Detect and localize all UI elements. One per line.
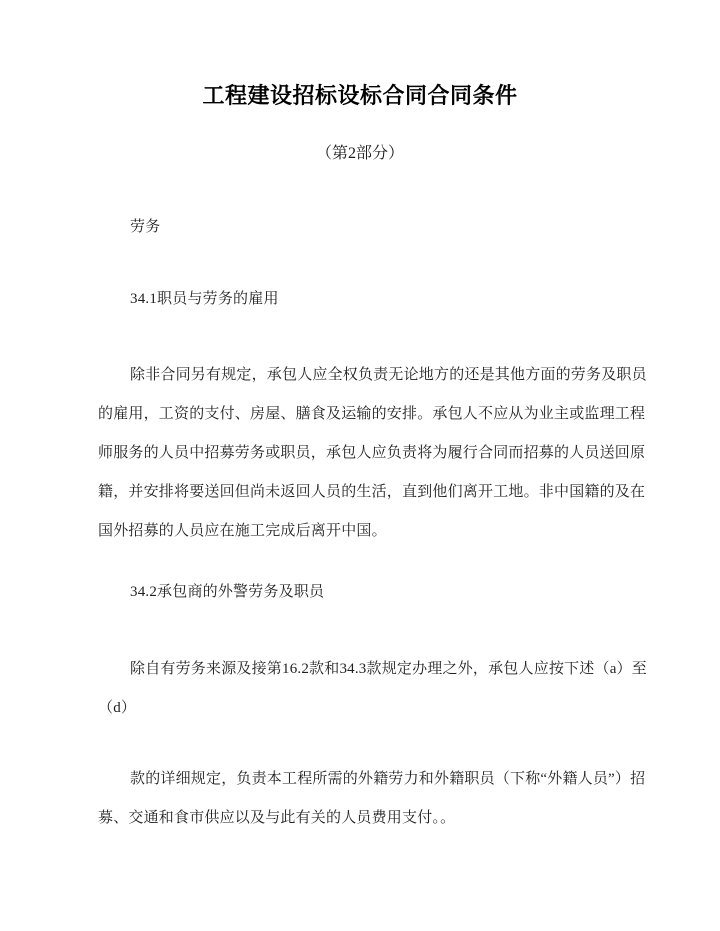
text-line: 师服务的人员中招募劳务或职员，承包人应负责将为履行合同而招募的人员送回原 <box>98 434 632 473</box>
text-line: 除非合同另有规定，承包人应全权负责无论地方的还是其他方面的劳务及职员 <box>98 356 632 395</box>
paragraph-1: 除非合同另有规定，承包人应全权负责无论地方的还是其他方面的劳务及职员 的雇用，工… <box>98 356 632 551</box>
text-line: 的雇用，工资的支付、房屋、膳食及运输的安排。承包人不应从为业主或监理工程 <box>98 395 632 434</box>
heading-34-1: 34.1职员与劳务的雇用 <box>130 280 632 319</box>
document-subtitle: （第2部分） <box>0 142 720 166</box>
document-page: 工程建设招标设标合同合同条件 （第2部分） 劳务 34.1职员与劳务的雇用 除非… <box>0 0 720 931</box>
section-label: 劳务 <box>130 208 632 247</box>
paragraph-2: 除自有劳务来源及接第16.2款和34.3款规定办理之外，承包人应按下述（a）至 … <box>98 650 632 728</box>
text-line: 籍，并安排将要送回但尚未返回人员的生活，直到他们离开工地。非中国籍的及在 <box>98 473 632 512</box>
text-line: 除自有劳务来源及接第16.2款和34.3款规定办理之外，承包人应按下述（a）至 <box>98 650 632 689</box>
text-line: （d） <box>98 689 632 728</box>
text-line: 国外招募的人员应在施工完成后离开中国。 <box>98 512 632 551</box>
document-title: 工程建设招标设标合同合同条件 <box>0 82 720 110</box>
heading-34-2: 34.2承包商的外警劳务及职员 <box>130 573 632 612</box>
text-line: 款的详细规定，负责本工程所需的外籍劳力和外籍职员（下称“外籍人员”）招 <box>98 760 632 799</box>
paragraph-3: 款的详细规定，负责本工程所需的外籍劳力和外籍职员（下称“外籍人员”）招 募、交通… <box>98 760 632 838</box>
text-line: 募、交通和食市供应以及与此有关的人员费用支付。。 <box>98 799 632 838</box>
